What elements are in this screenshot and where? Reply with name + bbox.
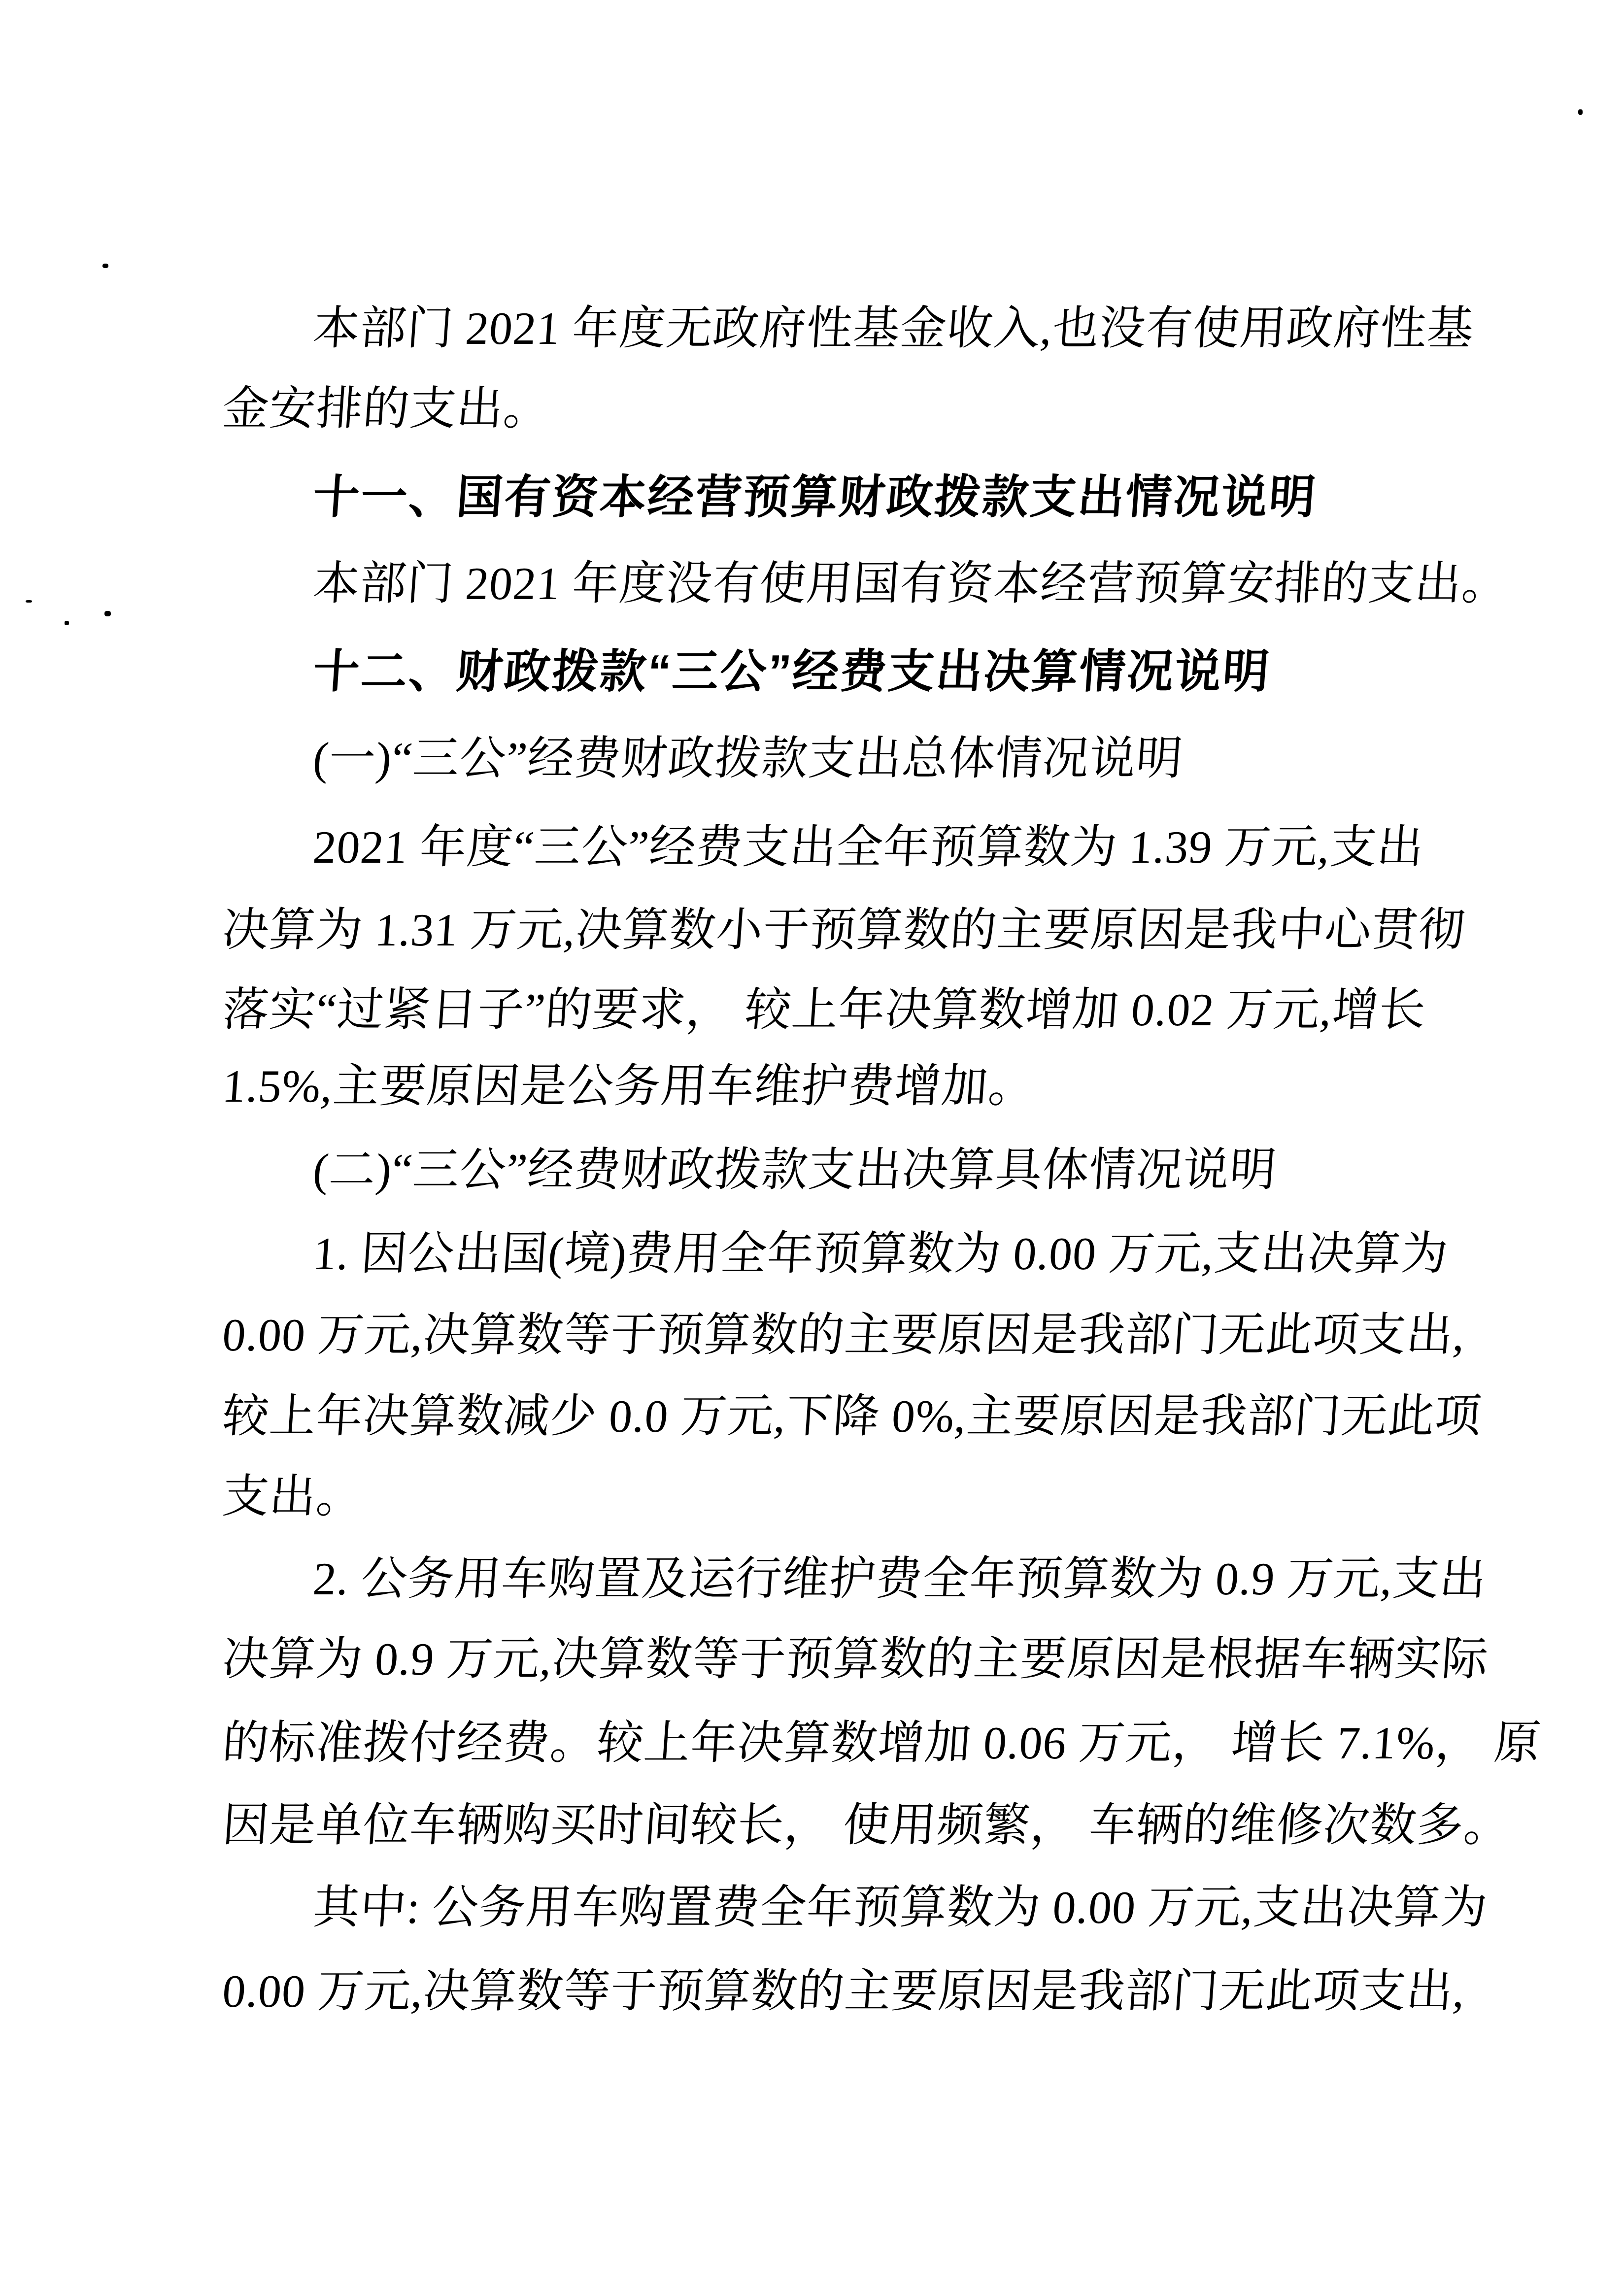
- text-line: 其中: 公务用车购置费全年预算数为 0.00 万元,支出决算为: [221, 1883, 1489, 1933]
- heading-line: 十二、财政拨款“三公”经费支出决算情况说明: [221, 646, 1272, 697]
- text-line: (二)“三公”经费财政拨款支出决算具体情况说明: [221, 1146, 1278, 1196]
- text-line: 落实“过紧日子”的要求， 较上年决算数增加 0.02 万元,增长: [221, 985, 1427, 1036]
- text-line: 本部门 2021 年度无政府性基金收入,也没有使用政府性基: [221, 304, 1476, 354]
- text-line: 0.00 万元,决算数等于预算数的主要原因是我部门无此项支出,: [221, 1311, 1467, 1361]
- text-line: (一)“三公”经费财政拨款支出总体情况说明: [221, 734, 1184, 784]
- text-line: 本部门 2021 年度没有使用国有资本经营预算安排的支出。: [221, 559, 1510, 609]
- text-line: 决算为 0.9 万元,决算数等于预算数的主要原因是根据车辆实际: [221, 1635, 1490, 1685]
- text-line: 较上年决算数减少 0.0 万元,下降 0%,主要原因是我部门无此项: [221, 1392, 1483, 1442]
- text-line: 2. 公务用车购置及运行维护费全年预算数为 0.9 万元,支出: [221, 1554, 1488, 1605]
- scan-speck: [102, 264, 108, 268]
- text-line: 金安排的支出。: [221, 384, 552, 435]
- scan-speck: [1578, 109, 1583, 115]
- heading-line: 十一、国有资本经营预算财政拨款支出情况说明: [221, 472, 1319, 522]
- scan-speck: [65, 621, 69, 625]
- scan-speck: [104, 611, 111, 616]
- scan-speck: [26, 600, 32, 603]
- text-line: 因是单位车辆购买时间较长， 使用频繁， 车辆的维修次数多。: [221, 1801, 1512, 1851]
- text-line: 的标准拨付经费。较上年决算数增加 0.06 万元， 增长 7.1%， 原: [221, 1719, 1515, 1769]
- text-line: 1. 因公出国(境)费用全年预算数为 0.00 万元,支出决算为: [221, 1229, 1450, 1280]
- document-page: 本部门 2021 年度无政府性基金收入,也没有使用政府性基金安排的支出。十一、国…: [0, 0, 1624, 2293]
- text-line: 支出。: [221, 1472, 365, 1522]
- text-line: 决算为 1.31 万元,决算数小于预算数的主要原因是我中心贯彻: [221, 906, 1467, 956]
- text-line: 0.00 万元,决算数等于预算数的主要原因是我部门无此项支出,: [221, 1967, 1467, 2017]
- text-line: 2021 年度“三公”经费支出全年预算数为 1.39 万元,支出: [221, 823, 1425, 873]
- text-line: 1.5%,主要原因是公务用车维护费增加。: [221, 1062, 1037, 1112]
